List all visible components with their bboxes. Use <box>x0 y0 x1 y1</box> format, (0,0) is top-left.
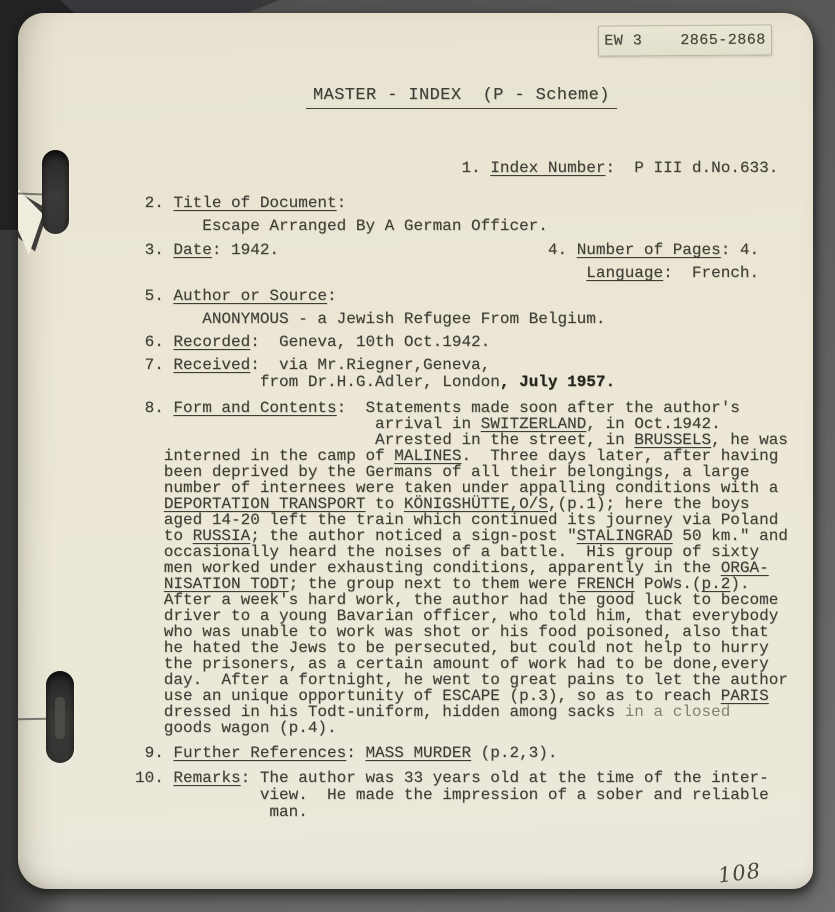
underlined-text: Received <box>173 356 250 374</box>
reference-stamp: EW 3 2865-2868 <box>598 24 772 56</box>
text-segment: : Geneva, 10th Oct.1942. <box>250 333 490 351</box>
underlined-text: Title of Document <box>173 194 336 212</box>
underlined-text: Recorded <box>173 333 250 351</box>
underlined-text: Further References <box>173 744 346 762</box>
text-segment: ANONYMOUS - a Jewish Refugee From Belgiu… <box>135 310 605 328</box>
text-segment: : French. <box>663 264 759 282</box>
page-title: MASTER - INDEX (P - Scheme) <box>306 86 617 109</box>
document-line: to RUSSIA; the author noticed a sign-pos… <box>135 528 815 544</box>
text-segment: 2. <box>135 194 173 212</box>
text-segment: goods wagon (p.4). <box>135 719 337 737</box>
document-line: who was unable to work was shot or his f… <box>135 624 815 640</box>
document-line: the prisoners, as a certain amount of wo… <box>135 656 815 672</box>
text-segment: : via Mr.Riegner,Geneva, <box>250 356 490 374</box>
document-line: NISATION TODT; the group next to them we… <box>135 576 815 592</box>
document-line: 1. Index Number: P III d.No.633. <box>135 160 815 176</box>
document-line: Escape Arranged By A German Officer. <box>135 218 815 234</box>
text-segment: man. <box>135 803 308 821</box>
document-line: use an unique opportunity of ESCAPE (p.3… <box>135 688 815 704</box>
handwritten-page-number: 108 <box>717 858 763 887</box>
underlined-text: Index Number <box>490 159 605 177</box>
text-segment: view. He made the impression of a sober … <box>135 786 769 804</box>
text-segment: : <box>346 744 365 762</box>
paper-crack-bottom <box>18 718 48 721</box>
scanned-page-scene: EW 3 2865-2868 MASTER - INDEX (P - Schem… <box>0 0 835 912</box>
document-line: arrival in SWITZERLAND, in Oct.1942. <box>135 416 815 432</box>
document-line: 9. Further References: MASS MURDER (p.2,… <box>135 745 815 761</box>
text-segment: : The author was 33 years old at the tim… <box>241 769 769 787</box>
text-segment: : 4. <box>721 241 759 259</box>
punch-hole-bottom <box>46 671 74 763</box>
underlined-text: Language <box>586 264 663 282</box>
text-segment: Escape Arranged By A German Officer. <box>135 217 548 235</box>
underlined-text: Remarks <box>173 769 240 787</box>
document-line: After a week's hard work, the author had… <box>135 592 815 608</box>
document-line: ANONYMOUS - a Jewish Refugee From Belgiu… <box>135 311 815 327</box>
document-line: driver to a young Bavarian officer, who … <box>135 608 815 624</box>
underlined-text: Author or Source <box>173 287 327 305</box>
document-line: 5. Author or Source: <box>135 288 815 304</box>
text-segment: : <box>327 287 337 305</box>
document-line: aged 14-20 left the train which continue… <box>135 512 815 528</box>
document-line: day. After a fortnight, he went to great… <box>135 672 815 688</box>
document-line: number of internees were taken under app… <box>135 480 815 496</box>
text-segment: : 1942. <box>212 241 279 259</box>
text-segment: 7. <box>135 356 173 374</box>
document-line: goods wagon (p.4). <box>135 720 815 736</box>
text-segment: : P III d.No.633. <box>605 159 778 177</box>
text-segment: 10. <box>135 769 173 787</box>
document-line: 6. Recorded: Geneva, 10th Oct.1942. <box>135 334 815 350</box>
document-line: 2. Title of Document: <box>135 195 815 211</box>
document-line: occasionally heard the noises of a battl… <box>135 544 815 560</box>
text-segment: : <box>337 194 347 212</box>
underlined-text: Number of Pages <box>577 241 721 259</box>
document-line: men worked under exhausting conditions, … <box>135 560 815 576</box>
document-line: view. He made the impression of a sober … <box>135 787 815 803</box>
text-segment: 9. <box>135 744 173 762</box>
underlined-text: MASS MURDER <box>365 744 471 762</box>
document-line: 7. Received: via Mr.Riegner,Geneva, <box>135 357 815 373</box>
document-line: been deprived by the Germans of all thei… <box>135 464 815 480</box>
document-line: from Dr.H.G.Adler, London, July 1957. <box>135 374 815 390</box>
document-line: 8. Form and Contents: Statements made so… <box>135 400 815 416</box>
document-line: 10. Remarks: The author was 33 years old… <box>135 770 815 786</box>
document-line: Language: French. <box>135 265 815 281</box>
text-segment: in a closed <box>625 703 731 721</box>
text-segment: 5. <box>135 287 173 305</box>
document-body: 1. Index Number: P III d.No.633. 2. Titl… <box>135 146 815 820</box>
document-line: man. <box>135 804 815 820</box>
text-segment: from Dr.H.G.Adler, London <box>135 373 500 391</box>
document-line: he hated the Jews to be persecuted, but … <box>135 640 815 656</box>
punch-hole-top <box>42 150 69 234</box>
underlined-text: Date <box>173 241 211 259</box>
text-segment: 3. <box>135 241 173 259</box>
document-line: interned in the camp of MALINES. Three d… <box>135 448 815 464</box>
text-segment: 1. <box>135 159 490 177</box>
document-line: 3. Date: 1942. 4. Number of Pages: 4. <box>135 242 815 258</box>
reference-stamp-text: EW 3 2865-2868 <box>604 31 766 49</box>
text-segment <box>135 264 586 282</box>
overtyped-bold-text: , July 1957. <box>500 373 615 391</box>
text-segment: 6. <box>135 333 173 351</box>
text-segment: 4. <box>279 241 577 259</box>
document-line: Arrested in the street, in BRUSSELS, he … <box>135 432 815 448</box>
text-segment: (p.2,3). <box>471 744 557 762</box>
document-line: dressed in his Todt-uniform, hidden amon… <box>135 704 815 720</box>
document-paper: EW 3 2865-2868 MASTER - INDEX (P - Schem… <box>18 13 813 889</box>
document-line: DEPORTATION TRANSPORT to KÖNIGSHÜTTE,O/S… <box>135 496 815 512</box>
